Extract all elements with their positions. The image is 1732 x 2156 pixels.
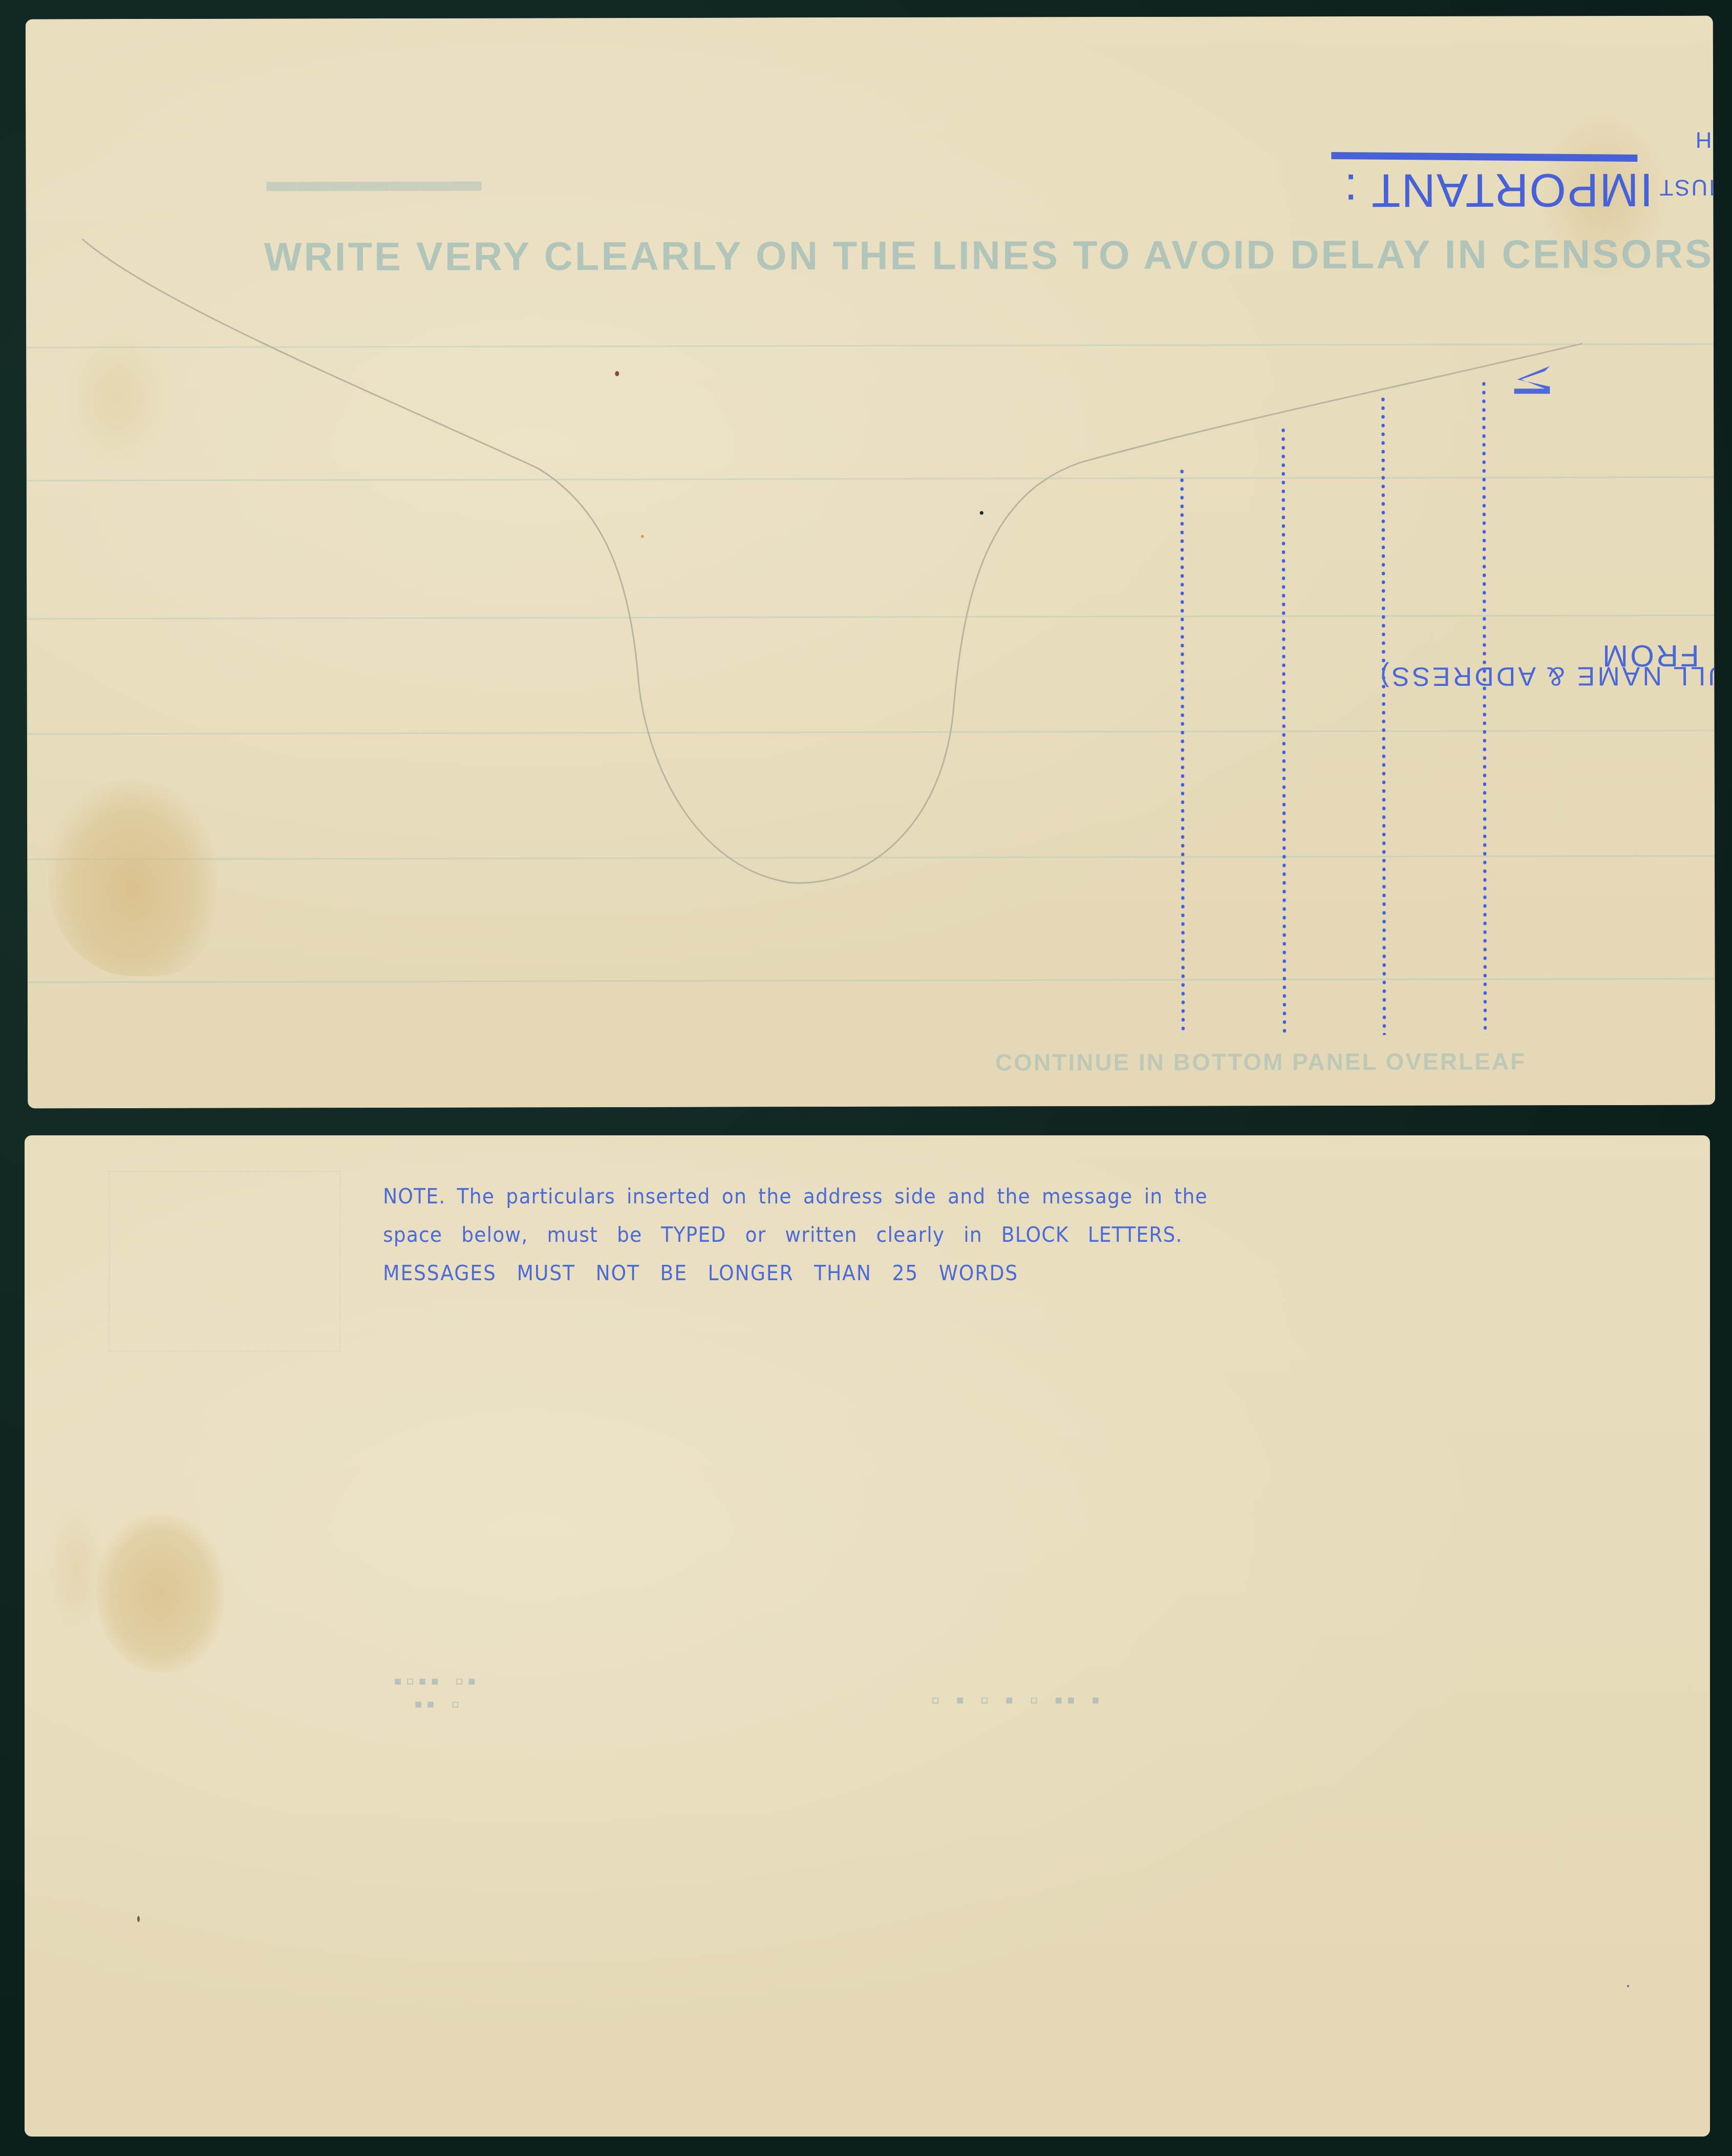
important-line-1: FOR A PRISONER IN GERMAN HANDS THE PRISO… <box>1282 173 1715 201</box>
note-line-2: space below, must be TYPED or written cl… <box>383 1216 1344 1254</box>
faint-trace-2: ▪▪ ▫ <box>414 1695 463 1713</box>
speck <box>1627 1985 1629 1987</box>
show-through-text-small: ▬▬▬▬▬▬▬ <box>266 175 481 210</box>
important-line-3: SERVICE No. <box>1282 82 1715 110</box>
speck <box>641 535 644 538</box>
show-through-censorship-text: WRITE VERY CLEARLY ON THE LINES TO AVOID… <box>264 230 1716 280</box>
faint-trace-1: ▪▫▪▪ ▫▪ <box>393 1672 479 1690</box>
note-line-1: NOTE. The particulars inserted on the ad… <box>383 1177 1344 1216</box>
important-line-2: BE CLEARLY SHOWN. IT MUST NOT BE CONFUSE… <box>1282 125 1715 153</box>
sender-instructions: (SENDER'S FULL NAME & ADDRESS) <box>1378 660 1715 692</box>
faint-stamp-outline <box>109 1171 340 1351</box>
speck <box>615 371 619 376</box>
show-through-continue-text: CONTINUE IN BOTTOM PANEL OVERLEAF <box>995 1047 1526 1076</box>
letter-card-reverse: NOTE. The particulars inserted on the ad… <box>25 1135 1710 2137</box>
letter-card-front: ▬▬▬▬▬▬▬ WRITE VERY CLEARLY ON THE LINES … <box>26 16 1715 1109</box>
stain-faint-left <box>45 1504 106 1637</box>
faint-trace-3: ▫ ▪ ▫ ▪ ▫ ▪▪ ▪ <box>931 1691 1103 1709</box>
to-arrow-icon <box>1514 364 1551 397</box>
note-line-3: MESSAGES MUST NOT BE LONGER THAN 25 WORD… <box>383 1254 1344 1292</box>
note-block: NOTE. The particulars inserted on the ad… <box>383 1177 1344 1292</box>
stain-bottom-left <box>96 1514 224 1673</box>
speck <box>980 511 983 515</box>
speck <box>137 1916 140 1922</box>
